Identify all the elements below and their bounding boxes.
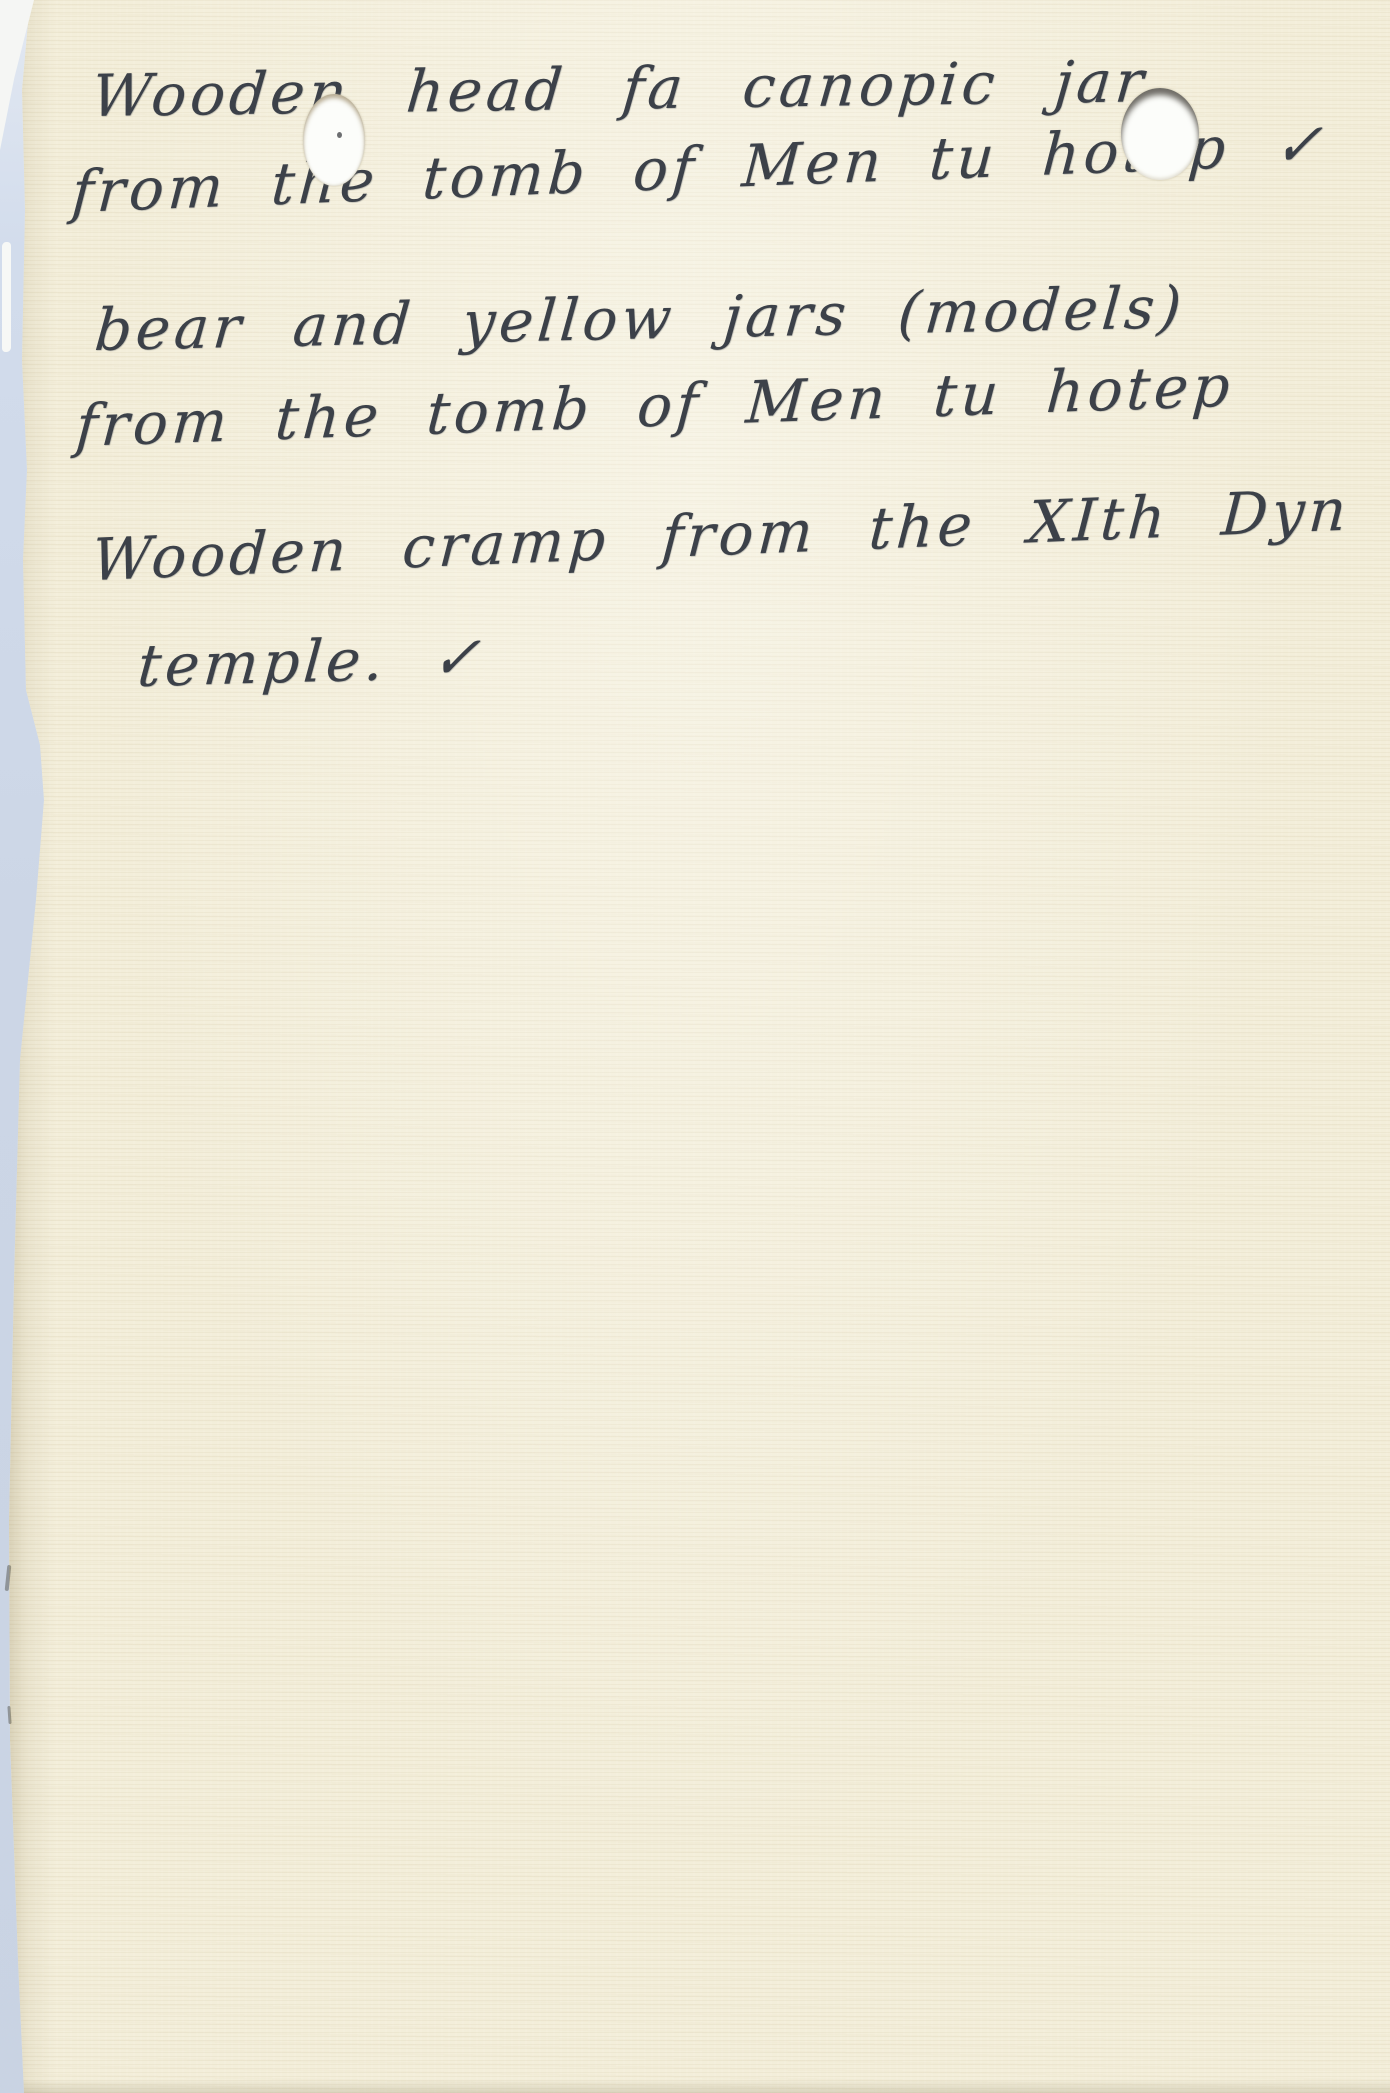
punch-hole-left: [303, 94, 365, 186]
handwriting-line-5: Wooden cramp from the XIth Dyn: [90, 475, 1352, 594]
handwriting-line-3: bear and yellow jars (models): [92, 273, 1188, 364]
paper-sheet: Wooden head fa canopic jar from the tomb…: [0, 0, 1390, 2093]
handwriting-line-6: temple. ✓: [135, 623, 486, 700]
ink-dot: [337, 132, 342, 138]
punch-hole-right: [1121, 88, 1199, 180]
handwriting-line-1: Wooden head fa canopic jar: [89, 47, 1150, 130]
paper-bottom-shadow: [0, 2079, 1390, 2093]
paper-edge-tear: [2, 242, 11, 353]
handwriting-line-4: from the tomb of Men tu hotep: [74, 351, 1236, 460]
